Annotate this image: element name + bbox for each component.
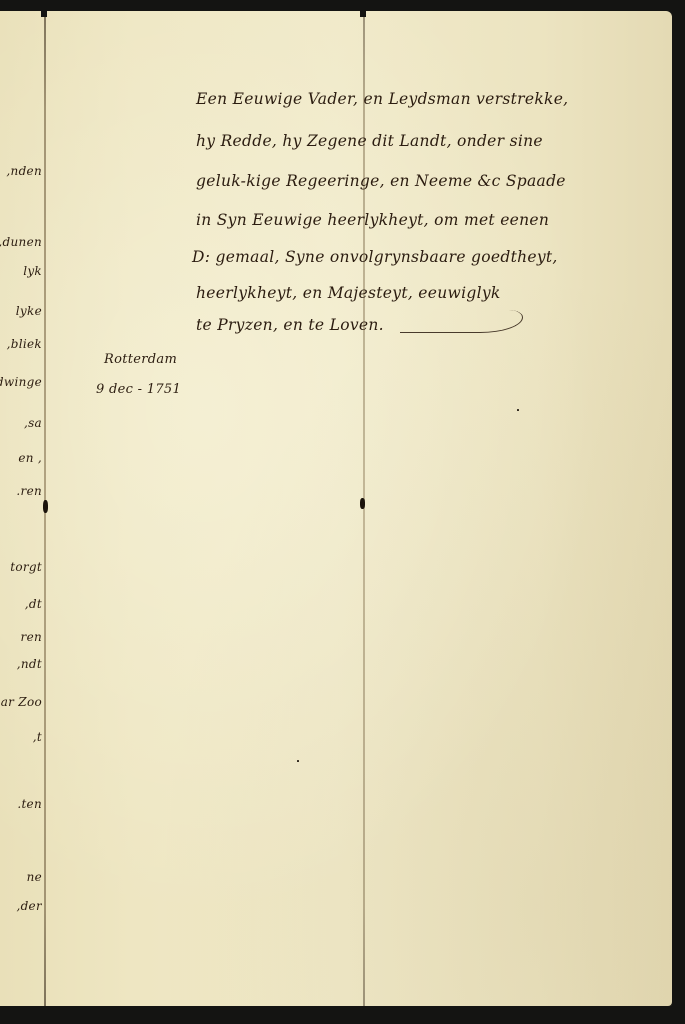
manuscript-line: D: gemaal, Syne onvolgrynsbaare goedthey… xyxy=(192,248,558,266)
left-fragment: sa, xyxy=(0,416,42,430)
left-fragment: ren. xyxy=(0,484,42,498)
ink-speck xyxy=(517,409,519,411)
signature-place: Rotterdam xyxy=(104,352,177,367)
manuscript-line: te Pryzen, en te Loven. xyxy=(196,316,384,334)
left-fragment: ren xyxy=(0,630,42,644)
left-fragment: dwinge xyxy=(0,375,42,389)
ink-speck xyxy=(297,760,299,762)
edge-nick xyxy=(360,9,366,17)
edge-nick xyxy=(41,9,47,17)
left-fragment: ar Zoo xyxy=(0,695,42,709)
left-fragment: ne xyxy=(0,870,42,884)
manuscript-line: in Syn Eeuwige heerlykheyt, om met eenen xyxy=(196,211,549,229)
left-fragment: der, xyxy=(0,899,42,913)
left-fragment: torgt xyxy=(0,560,42,574)
signature-date: 9 dec - 1751 xyxy=(96,382,181,397)
binding-hole-center xyxy=(360,498,365,509)
left-fragment: t, xyxy=(0,730,42,744)
left-fragment: lyk xyxy=(0,264,42,278)
left-fragment: dt, xyxy=(0,597,42,611)
closing-flourish xyxy=(400,310,523,333)
left-fragment: bliek, xyxy=(0,337,42,351)
manuscript-sheet xyxy=(0,11,672,1006)
left-fragment: lyke xyxy=(0,304,42,318)
manuscript-line: Een Eeuwige Vader, en Leydsman verstrekk… xyxy=(196,90,568,108)
manuscript-line: geluk-kige Regeeringe, en Neeme &c Spaad… xyxy=(196,172,566,190)
manuscript-line: heerlykheyt, en Majesteyt, eeuwiglyk xyxy=(196,284,501,302)
left-fragment: ten. xyxy=(0,797,42,811)
left-fragment: ndt, xyxy=(0,657,42,671)
left-fragment: dunen, xyxy=(0,235,42,249)
binding-hole-left xyxy=(43,500,48,513)
left-fragment: nden, xyxy=(0,164,42,178)
manuscript-line: hy Redde, hy Zegene dit Landt, onder sin… xyxy=(196,132,543,150)
left-fragment: , en xyxy=(0,451,42,465)
